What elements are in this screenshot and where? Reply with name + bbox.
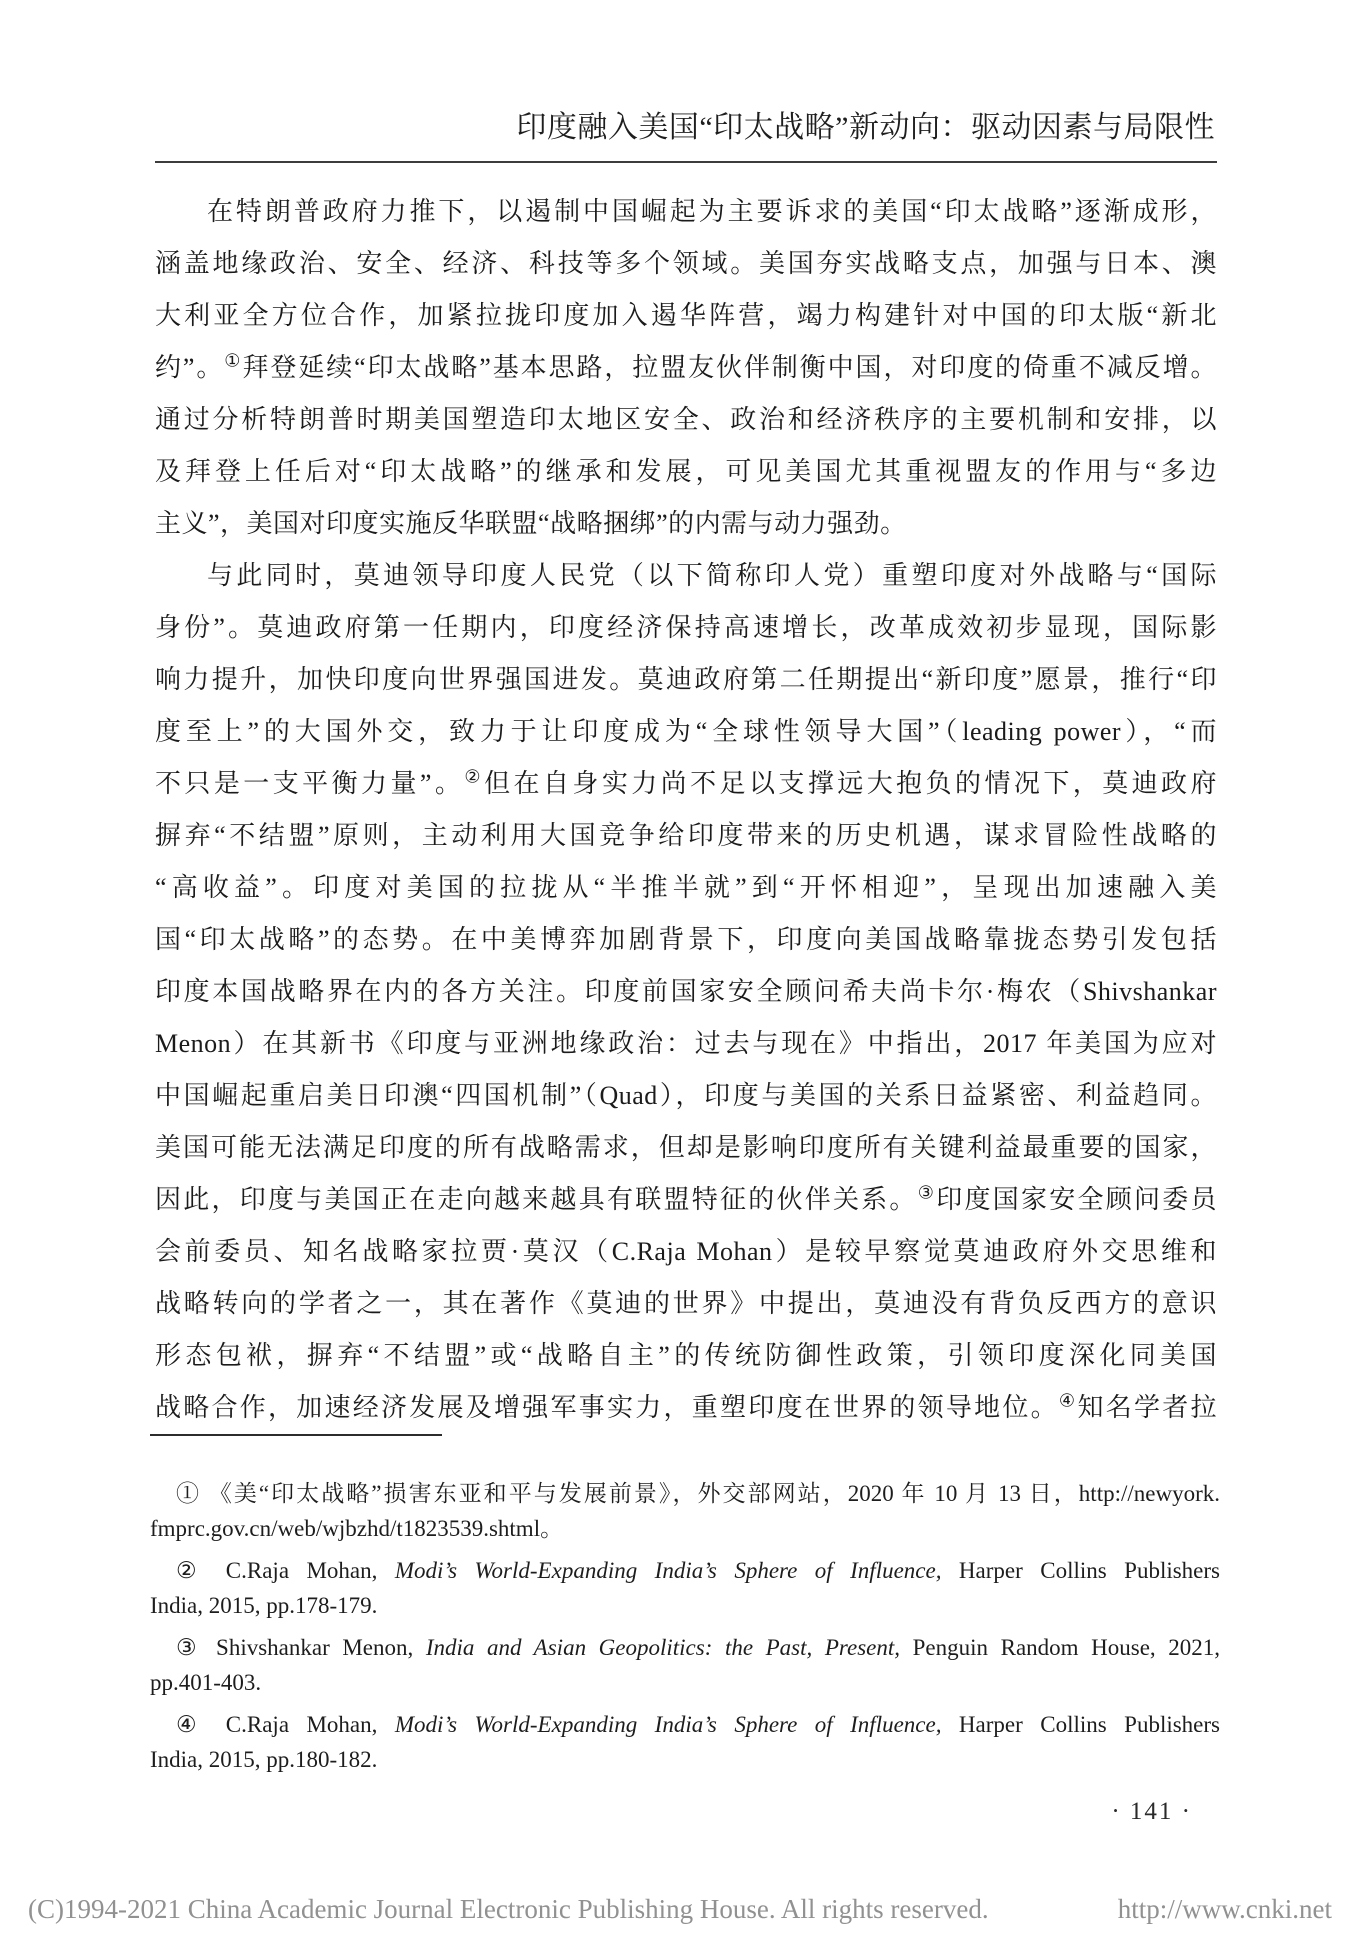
footer-copyright: (C)1994-2021 China Academic Journal Elec… (28, 1894, 989, 1925)
footer-url: http://www.cnki.net (1118, 1894, 1332, 1925)
footnote-line: ① 《美“印太战略”损害东亚和平与发展前景》，外交部网站，2020 年 10 月… (150, 1476, 1220, 1511)
running-head-title: 印度融入美国“印太战略”新动向：驱动因素与局限性 (516, 102, 1215, 146)
body-line: 涵盖地缘政治、安全、经济、科技等多个领域。美国夯实战略支点，加强与日本、澳 (155, 238, 1217, 290)
body-line: 与此同时，莫迪领导印度人民党（以下简称印人党）重塑印度对外战略与“国际 (155, 550, 1217, 602)
body-line: Menon）在其新书《印度与亚洲地缘政治：过去与现在》中指出，2017 年美国为… (155, 1018, 1217, 1070)
footnote-item: ① 《美“印太战略”损害东亚和平与发展前景》，外交部网站，2020 年 10 月… (150, 1476, 1220, 1546)
body-line: 身份”。莫迪政府第一任期内，印度经济保持高速增长，改革成效初步显现，国际影 (155, 602, 1217, 654)
body-line: “高收益”。印度对美国的拉拢从“半推半就”到“开怀相迎”，呈现出加速融入美 (155, 862, 1217, 914)
footnote-line: India, 2015, pp.178-179. (150, 1588, 1220, 1623)
body-line: 度至上”的大国外交，致力于让印度成为“全球性领导大国”（leading powe… (155, 706, 1217, 758)
footnote-line: ② C.Raja Mohan, Modi’s World-Expanding I… (150, 1553, 1220, 1588)
footnotes-block: ① 《美“印太战略”损害东亚和平与发展前景》，外交部网站，2020 年 10 月… (150, 1476, 1220, 1784)
scanned-journal-page: 印度融入美国“印太战略”新动向：驱动因素与局限性 在特朗普政府力推下，以遏制中国… (0, 0, 1362, 1953)
header-divider (155, 161, 1217, 163)
body-line: 因此，印度与美国正在走向越来越具有联盟特征的伙伴关系。③印度国家安全顾问委员 (155, 1174, 1217, 1226)
body-line: 主义”，美国对印度实施反华联盟“战略捆绑”的内需与动力强劲。 (155, 498, 1217, 550)
footnote-line: ④ C.Raja Mohan, Modi’s World-Expanding I… (150, 1707, 1220, 1742)
body-line: 及拜登上任后对“印太战略”的继承和发展，可见美国尤其重视盟友的作用与“多边 (155, 446, 1217, 498)
body-line: 大利亚全方位合作，加紧拉拢印度加入遏华阵营，竭力构建针对中国的印太版“新北 (155, 290, 1217, 342)
body-line: 约”。①拜登延续“印太战略”基本思路，拉盟友伙伴制衡中国，对印度的倚重不减反增。 (155, 342, 1217, 394)
page-number: · 141 · (1111, 1798, 1192, 1826)
body-line: 响力提升，加快印度向世界强国进发。莫迪政府第二任期提出“新印度”愿景，推行“印 (155, 654, 1217, 706)
body-line: 摒弃“不结盟”原则，主动利用大国竞争给印度带来的历史机遇，谋求冒险性战略的 (155, 810, 1217, 862)
body-line: 战略转向的学者之一，其在著作《莫迪的世界》中提出，莫迪没有背负反西方的意识 (155, 1278, 1217, 1330)
footnote-item: ③ Shivshankar Menon, India and Asian Geo… (150, 1630, 1220, 1700)
footnote-line: India, 2015, pp.180-182. (150, 1742, 1220, 1777)
footnote-line: ③ Shivshankar Menon, India and Asian Geo… (150, 1630, 1220, 1665)
body-line: 中国崛起重启美日印澳“四国机制”（Quad），印度与美国的关系日益紧密、利益趋同… (155, 1070, 1217, 1122)
body-line: 通过分析特朗普时期美国塑造印太地区安全、政治和经济秩序的主要机制和安排，以 (155, 394, 1217, 446)
body-line: 美国可能无法满足印度的所有战略需求，但却是影响印度所有关键利益最重要的国家， (155, 1122, 1217, 1174)
footnote-line: pp.401-403. (150, 1665, 1220, 1700)
body-line: 会前委员、知名战略家拉贾·莫汉（C.Raja Mohan）是较早察觉莫迪政府外交… (155, 1226, 1217, 1278)
article-body: 在特朗普政府力推下，以遏制中国崛起为主要诉求的美国“印太战略”逐渐成形， 涵盖地… (155, 186, 1217, 1434)
cnki-footer: (C)1994-2021 China Academic Journal Elec… (28, 1894, 1332, 1925)
body-line: 在特朗普政府力推下，以遏制中国崛起为主要诉求的美国“印太战略”逐渐成形， (155, 186, 1217, 238)
body-line: 形态包袱，摒弃“不结盟”或“战略自主”的传统防御性政策，引领印度深化同美国 (155, 1330, 1217, 1382)
body-line: 战略合作，加速经济发展及增强军事实力，重塑印度在世界的领导地位。④知名学者拉 (155, 1382, 1217, 1434)
body-line: 不只是一支平衡力量”。②但在自身实力尚不足以支撑远大抱负的情况下，莫迪政府 (155, 758, 1217, 810)
footnote-divider (150, 1434, 442, 1436)
footnote-line: fmprc.gov.cn/web/wjbzhd/t1823539.shtml。 (150, 1511, 1220, 1546)
footnote-item: ④ C.Raja Mohan, Modi’s World-Expanding I… (150, 1707, 1220, 1777)
body-line: 国“印太战略”的态势。在中美博弈加剧背景下，印度向美国战略靠拢态势引发包括 (155, 914, 1217, 966)
body-line: 印度本国战略界在内的各方关注。印度前国家安全顾问希夫尚卡尔·梅农（Shivsha… (155, 966, 1217, 1018)
footnote-item: ② C.Raja Mohan, Modi’s World-Expanding I… (150, 1553, 1220, 1623)
